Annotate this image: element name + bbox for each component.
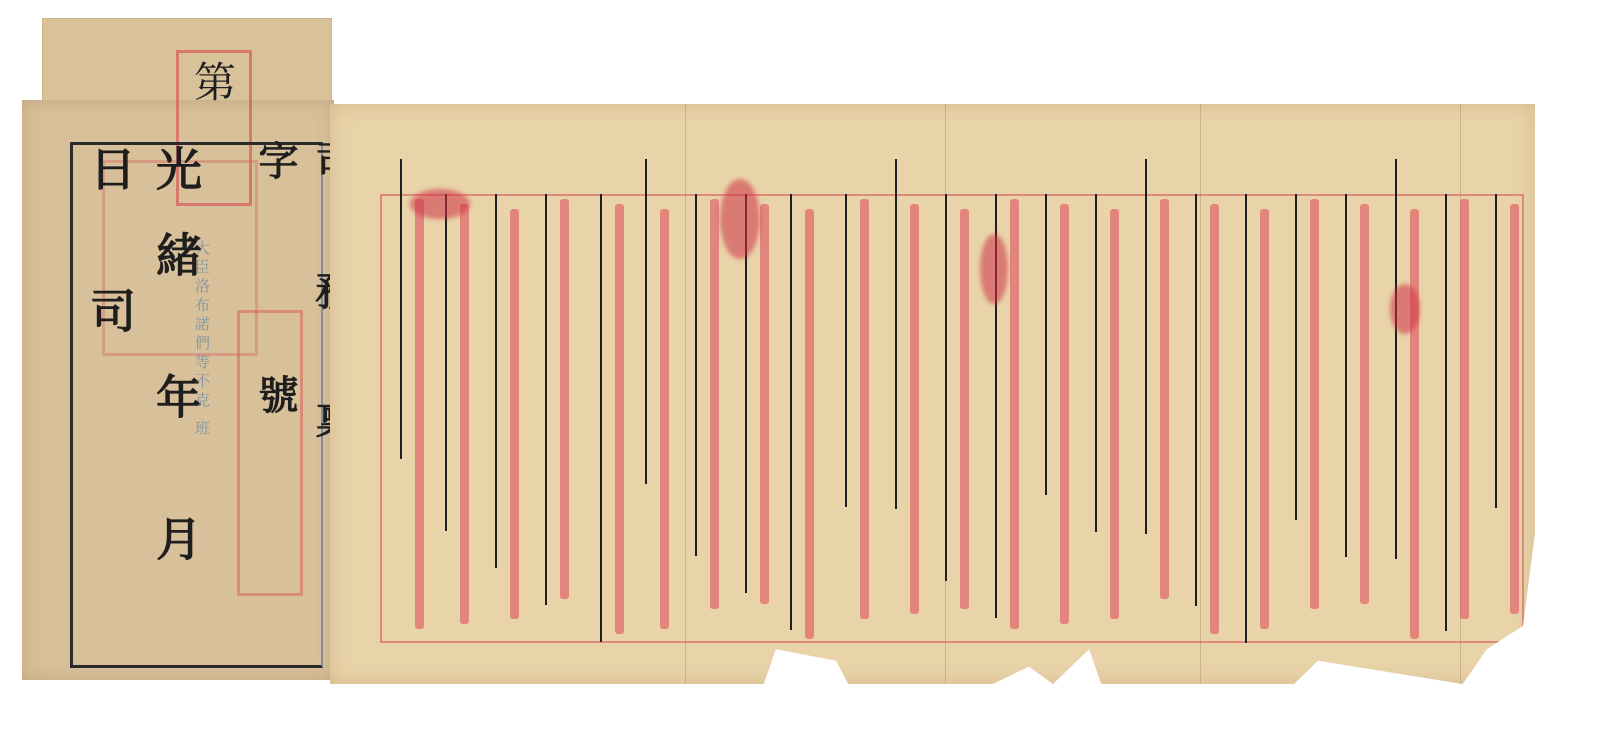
manchu-column <box>390 159 412 459</box>
envelope: 第 光緒 年 月 日 司 司務稟 字 號 大臣洛布諾們等不克 班 <box>22 100 334 680</box>
manchu-column <box>1235 194 1257 643</box>
red-rule <box>415 199 424 629</box>
red-rule <box>1060 204 1069 624</box>
envelope-gray-stamp: 大臣洛布諾們等不克 班 <box>192 240 213 439</box>
document-scan: 第 光緒 年 月 日 司 司務稟 字 號 大臣洛布諾們等不克 班 <box>0 0 1600 749</box>
red-rule <box>760 204 769 604</box>
manchu-column <box>1435 194 1457 631</box>
manchu-column <box>435 194 457 531</box>
manchu-column <box>1035 194 1057 495</box>
red-ink-blot <box>980 234 1008 304</box>
manchu-column <box>590 194 612 642</box>
manchu-column <box>1185 194 1207 606</box>
red-rule <box>1310 199 1319 609</box>
red-rule <box>1360 204 1369 604</box>
manchu-column <box>535 194 557 605</box>
envelope-top-mark: 第 <box>182 60 242 108</box>
manchu-column <box>635 159 657 484</box>
manchu-column <box>1335 194 1357 557</box>
red-rule <box>805 209 814 639</box>
red-rule <box>1410 209 1419 639</box>
red-rule <box>860 199 869 619</box>
red-rule <box>560 199 569 599</box>
red-rule <box>510 209 519 619</box>
red-rule <box>1010 199 1019 629</box>
red-rule <box>710 199 719 609</box>
red-rule <box>1160 199 1169 599</box>
red-rule <box>1460 199 1469 619</box>
red-rule <box>615 204 624 634</box>
red-rule <box>1510 204 1519 614</box>
red-rule <box>1260 209 1269 629</box>
red-ink-blot <box>1390 284 1420 334</box>
red-rule <box>660 209 669 629</box>
red-rule <box>460 204 469 624</box>
manchu-column <box>1085 194 1107 532</box>
red-ink-blot <box>720 179 760 259</box>
manchu-column <box>1385 159 1407 559</box>
manchu-column <box>780 194 802 630</box>
manchu-column <box>885 159 907 509</box>
manchu-column <box>485 194 507 568</box>
red-ink-blot <box>410 189 470 219</box>
manchu-column <box>685 194 707 556</box>
red-rule <box>1210 204 1219 634</box>
red-rule <box>960 209 969 609</box>
manchu-column <box>1135 159 1157 534</box>
manchu-column <box>935 194 957 581</box>
envelope-date-column: 光緒 年 月 日 司 <box>77 145 209 680</box>
red-rule <box>910 204 919 614</box>
manchu-letter <box>330 104 1535 684</box>
red-rule <box>1110 209 1119 619</box>
manchu-column <box>1285 194 1307 520</box>
manchu-column <box>835 194 857 507</box>
manchu-column <box>1485 194 1507 508</box>
